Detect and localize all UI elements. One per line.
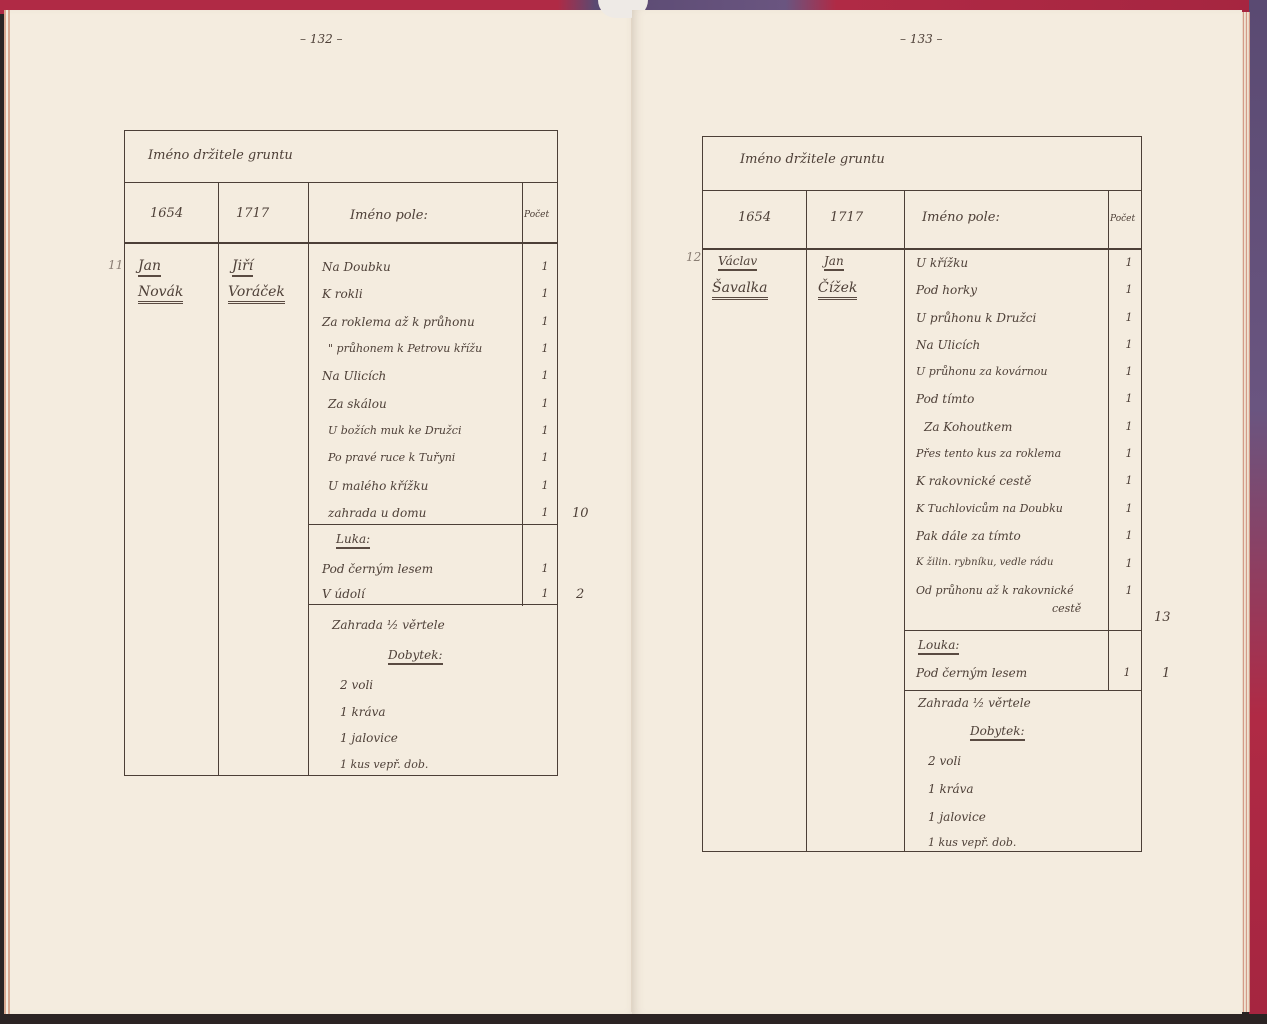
meadow-total: 1 — [1162, 666, 1170, 681]
right-page: – 133 – 12 Iméno držitele gruntu 1654 17… — [632, 10, 1242, 1014]
entry-number: 11 — [108, 258, 123, 272]
entry-number: 12 — [686, 250, 701, 264]
field-name: Od průhonu až k rakovnické — [916, 584, 1074, 597]
field-count: 1 — [1122, 311, 1136, 324]
column-header-field-name: Iméno pole: — [350, 208, 428, 223]
field-name: " průhonem k Petrovu křížu — [328, 342, 482, 355]
divider — [124, 182, 558, 183]
livestock-item: 1 kráva — [340, 705, 386, 719]
field-name: K žilin. rybníku, vedle rádu — [916, 557, 1054, 568]
holder-1717-last: Voráček — [228, 284, 285, 304]
field-name: K rakovnické cestě — [916, 474, 1031, 488]
holder-1717-first: Jan — [824, 254, 844, 271]
livestock-item: 1 jalovice — [340, 731, 398, 745]
field-count: 1 — [538, 342, 552, 355]
column-header-count: Počet — [524, 210, 549, 220]
livestock-item: 1 kus vepř. dob. — [340, 758, 428, 771]
divider — [904, 630, 1142, 631]
field-name: Za Kohoutkem — [924, 420, 1012, 434]
left-page: – 132 – 11 Iméno držitele gruntu 1654 17… — [4, 10, 638, 1014]
column-header-1717: 1717 — [830, 210, 863, 225]
divider — [806, 190, 807, 852]
page-number: – 132 – — [300, 32, 343, 46]
livestock-item: 1 jalovice — [928, 810, 986, 824]
field-count: 1 — [1122, 420, 1136, 433]
meadow-name: Pod černým lesem — [916, 666, 1027, 680]
livestock-item: 2 voli — [340, 678, 373, 692]
garden-note: Zahrada ½ věrtele — [918, 696, 1031, 710]
field-count: 1 — [1122, 283, 1136, 296]
divider — [218, 182, 219, 776]
meadow-name: Pod černým lesem — [322, 562, 433, 576]
field-name: U božích muk ke Družci — [328, 424, 461, 437]
holder-1654-first: Václav — [718, 254, 757, 271]
divider — [904, 690, 1142, 691]
field-count: 1 — [538, 397, 552, 410]
field-count: 1 — [538, 315, 552, 328]
book-cover-right — [1249, 0, 1267, 1024]
meadow-heading: Louka: — [918, 638, 959, 655]
field-count: 1 — [1122, 557, 1136, 570]
field-count: 1 — [1122, 502, 1136, 515]
field-count: 1 — [538, 424, 552, 437]
field-count: 1 — [1122, 338, 1136, 351]
livestock-item: 2 voli — [928, 754, 961, 768]
field-name: K rokli — [322, 287, 363, 301]
field-count: 1 — [538, 287, 552, 300]
field-name: U malého křížku — [328, 479, 428, 493]
fields-total: 10 — [572, 506, 589, 521]
column-header-field-name: Iméno pole: — [922, 210, 1000, 225]
meadow-count: 1 — [1120, 666, 1134, 679]
page-number: – 133 – — [900, 32, 943, 46]
field-count: 1 — [1122, 392, 1136, 405]
divider — [1108, 190, 1109, 690]
holder-1654-last: Novák — [138, 284, 183, 304]
divider — [702, 190, 1142, 191]
livestock-heading: Dobytek: — [388, 648, 443, 665]
divider — [308, 524, 558, 525]
land-register-table — [702, 136, 1142, 852]
field-name: Na Ulicích — [916, 338, 980, 352]
livestock-item: 1 kráva — [928, 782, 974, 796]
column-header-1654: 1654 — [150, 206, 183, 221]
field-name: U průhonu za kovárnou — [916, 365, 1047, 378]
field-count: 1 — [538, 479, 552, 492]
divider — [308, 604, 558, 605]
meadow-name: V údolí — [322, 587, 365, 601]
meadow-count: 1 — [538, 587, 552, 600]
field-count: 1 — [1122, 447, 1136, 460]
holder-1717-first: Jiří — [232, 258, 253, 277]
field-name: U průhonu k Družci — [916, 311, 1036, 325]
livestock-heading: Dobytek: — [970, 724, 1025, 741]
field-count: 1 — [538, 260, 552, 273]
field-name: U křížku — [916, 256, 968, 270]
meadow-total: 2 — [576, 587, 584, 602]
field-name: Za roklema až k průhonu — [322, 315, 475, 329]
column-header-1717: 1717 — [236, 206, 269, 221]
field-count: 1 — [1122, 365, 1136, 378]
field-name: Po pravé ruce k Tuřyni — [328, 451, 455, 464]
garden-note: Zahrada ½ věrtele — [332, 618, 445, 632]
divider — [702, 248, 1142, 250]
field-count: 1 — [1122, 256, 1136, 269]
field-count: 1 — [1122, 529, 1136, 542]
divider — [904, 190, 905, 852]
field-name: Za skálou — [328, 397, 387, 411]
holder-1654-last: Šavalka — [712, 280, 768, 300]
holder-1654-first: Jan — [138, 258, 161, 277]
field-name: Na Ulicích — [322, 369, 386, 383]
field-count: 1 — [1122, 584, 1136, 597]
livestock-item: 1 kus vepř. dob. — [928, 836, 1016, 849]
field-count: 1 — [538, 369, 552, 382]
field-name: zahrada u domu — [328, 506, 426, 520]
table-title: Iméno držitele gruntu — [740, 152, 885, 167]
field-name-continuation: cestě — [1052, 602, 1081, 615]
field-name: Pod tímto — [916, 392, 974, 406]
field-name: Pod horky — [916, 283, 977, 297]
field-name: Pak dále za tímto — [916, 529, 1021, 543]
field-name: K Tuchlovicům na Doubku — [916, 502, 1063, 515]
book-cover-bottom — [0, 1014, 1267, 1024]
fields-total: 13 — [1154, 610, 1171, 625]
divider — [1108, 660, 1109, 690]
meadow-count: 1 — [538, 562, 552, 575]
field-count: 1 — [538, 451, 552, 464]
field-count: 1 — [538, 506, 552, 519]
table-title: Iméno držitele gruntu — [148, 148, 293, 163]
divider — [308, 182, 309, 776]
field-name: Přes tento kus za roklema — [916, 447, 1061, 460]
page-edges — [1242, 12, 1250, 1012]
column-header-1654: 1654 — [738, 210, 771, 225]
field-count: 1 — [1122, 474, 1136, 487]
divider — [522, 182, 523, 606]
field-name: Na Doubku — [322, 260, 391, 274]
meadow-heading: Luka: — [336, 532, 370, 549]
holder-1717-last: Čížek — [818, 280, 857, 300]
divider — [124, 242, 558, 244]
column-header-count: Počet — [1110, 214, 1135, 224]
